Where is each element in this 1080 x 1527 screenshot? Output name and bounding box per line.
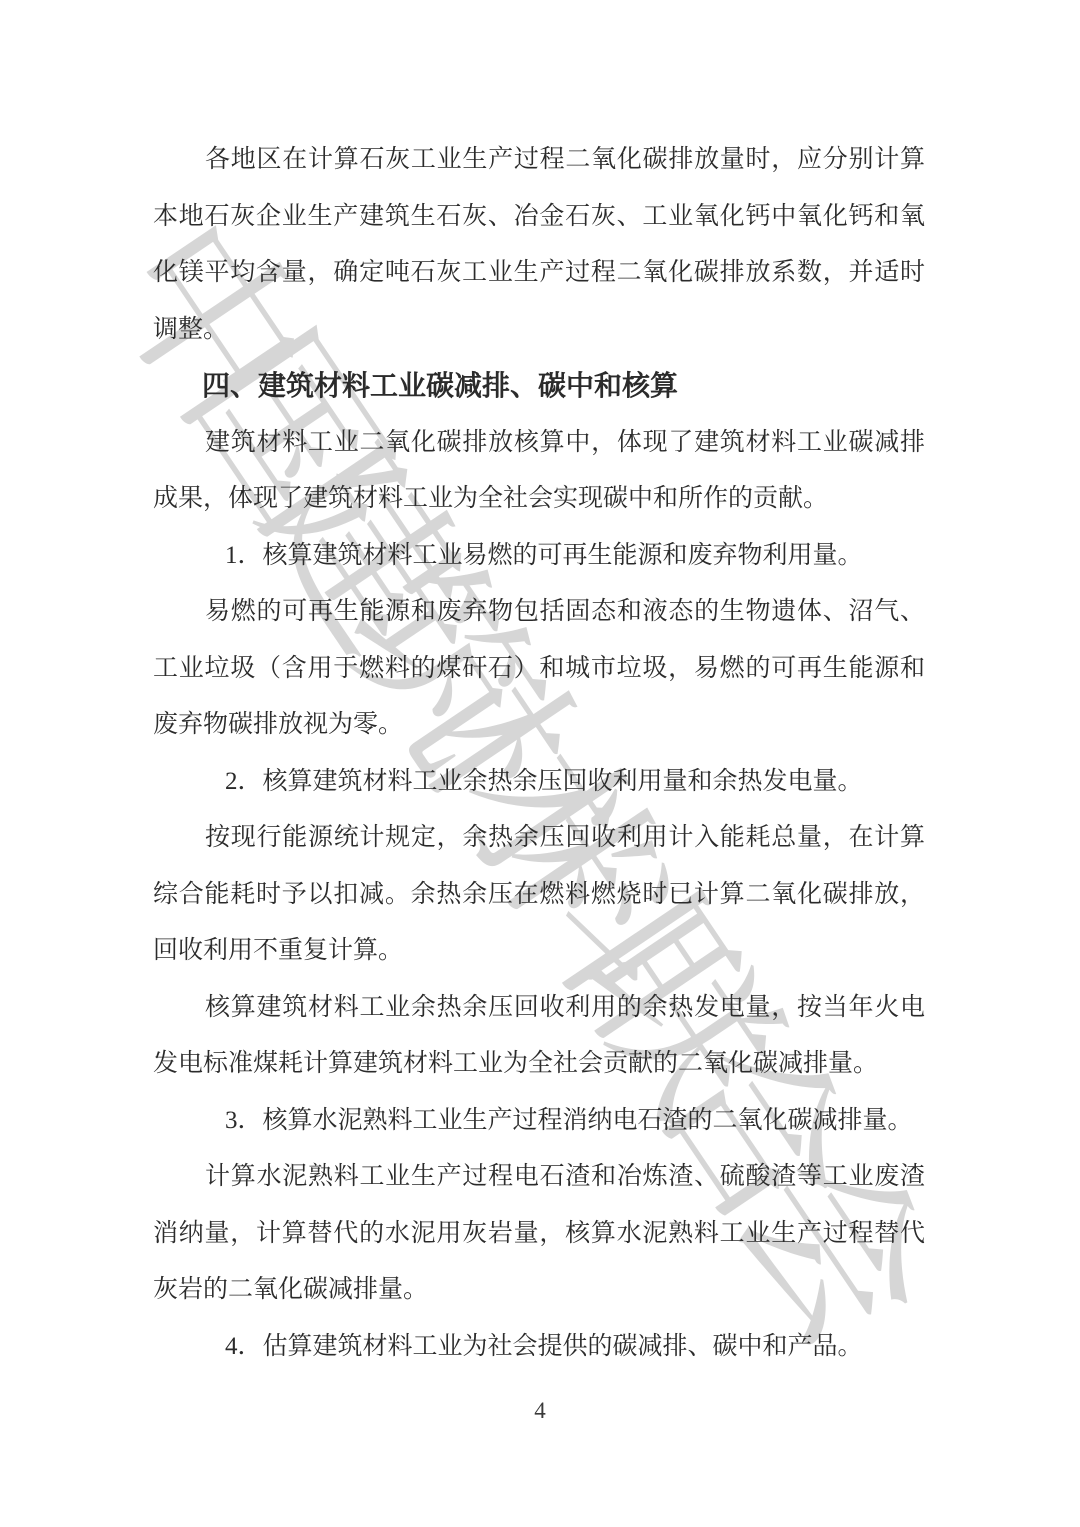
document-page: 中国建筑材料联合会 各地区在计算石灰工业生产过程二氧化碳排放量时，应分别计算本地… bbox=[0, 0, 1080, 1527]
paragraph-line: 本地石灰企业生产建筑生石灰、冶金石灰、工业氧化钙中氧化钙和氧 bbox=[153, 189, 925, 246]
document-body: 各地区在计算石灰工业生产过程二氧化碳排放量时，应分别计算本地石灰企业生产建筑生石… bbox=[153, 132, 925, 1375]
paragraph-line: 回收利用不重复计算。 bbox=[153, 923, 925, 980]
numbered-item: 2．核算建筑材料工业余热余压回收利用量和余热发电量。 bbox=[153, 754, 925, 811]
paragraph-line: 综合能耗时予以扣减。余热余压在燃料燃烧时已计算二氧化碳排放， bbox=[153, 867, 925, 924]
paragraph-line: 成果，体现了建筑材料工业为全社会实现碳中和所作的贡献。 bbox=[153, 471, 925, 528]
paragraph-line: 建筑材料工业二氧化碳排放核算中，体现了建筑材料工业碳减排 bbox=[153, 415, 925, 472]
section-heading: 四、建筑材料工业碳减排、碳中和核算 bbox=[153, 358, 925, 415]
paragraph-line: 计算水泥熟料工业生产过程电石渣和冶炼渣、硫酸渣等工业废渣 bbox=[153, 1149, 925, 1206]
paragraph-line: 消纳量，计算替代的水泥用灰岩量，核算水泥熟料工业生产过程替代 bbox=[153, 1206, 925, 1263]
numbered-item: 1．核算建筑材料工业易燃的可再生能源和废弃物利用量。 bbox=[153, 528, 925, 585]
paragraph-line: 废弃物碳排放视为零。 bbox=[153, 697, 925, 754]
paragraph-line: 发电标准煤耗计算建筑材料工业为全社会贡献的二氧化碳减排量。 bbox=[153, 1036, 925, 1093]
paragraph-line: 易燃的可再生能源和废弃物包括固态和液态的生物遗体、沼气、 bbox=[153, 584, 925, 641]
numbered-item: 3．核算水泥熟料工业生产过程消纳电石渣的二氧化碳减排量。 bbox=[153, 1093, 925, 1150]
paragraph-line: 灰岩的二氧化碳减排量。 bbox=[153, 1262, 925, 1319]
paragraph-line: 按现行能源统计规定，余热余压回收利用计入能耗总量，在计算 bbox=[153, 810, 925, 867]
paragraph-line: 化镁平均含量，确定吨石灰工业生产过程二氧化碳排放系数，并适时 bbox=[153, 245, 925, 302]
page-number: 4 bbox=[0, 1398, 1080, 1424]
paragraph-line: 核算建筑材料工业余热余压回收利用的余热发电量，按当年火电 bbox=[153, 980, 925, 1037]
paragraph-line: 调整。 bbox=[153, 302, 925, 359]
paragraph-line: 工业垃圾（含用于燃料的煤矸石）和城市垃圾，易燃的可再生能源和 bbox=[153, 641, 925, 698]
numbered-item: 4．估算建筑材料工业为社会提供的碳减排、碳中和产品。 bbox=[153, 1319, 925, 1376]
paragraph-line: 各地区在计算石灰工业生产过程二氧化碳排放量时，应分别计算 bbox=[153, 132, 925, 189]
